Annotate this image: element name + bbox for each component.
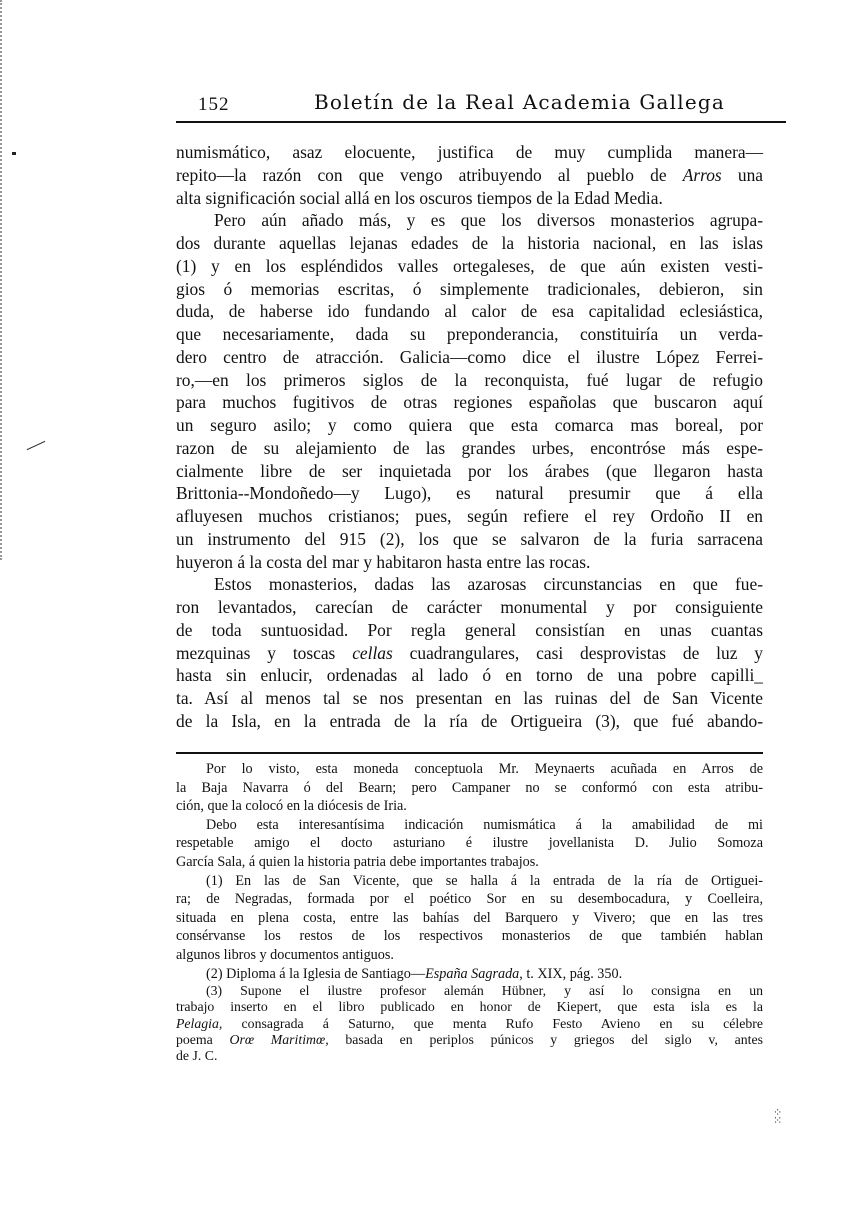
- body-line: gios ó memorias escritas, ó simplemente …: [176, 278, 763, 301]
- body-line: (1) y en los espléndidos valles ortegale…: [176, 255, 763, 278]
- footnote-line: Pelagia, consagrada á Saturno, que menta…: [176, 1016, 763, 1032]
- footnote-line: (3) Supone el ilustre profesor alemán Hü…: [176, 983, 763, 999]
- body-text: cuadrangulares, casi desprovistas de luz…: [393, 643, 763, 663]
- scan-speck: [12, 152, 16, 155]
- body-line: dero centro de atracción. Galicia—como d…: [176, 346, 763, 369]
- scan-stroke: [27, 441, 46, 450]
- footnotes-block: Por lo visto, esta moneda conceptuola Mr…: [176, 760, 763, 1064]
- body-line: ta. Así al menos tal se nos presentan en…: [176, 687, 763, 710]
- main-text-block: numismático, asaz elocuente, justifica d…: [176, 141, 763, 733]
- body-line: ro,—en los primeros siglos de la reconqu…: [176, 369, 763, 392]
- body-line: hasta sin enlucir, ordenadas al lado ó e…: [176, 664, 763, 687]
- body-italic-text: cellas: [352, 643, 393, 663]
- body-text: repito—la razón con que vengo atribuyend…: [176, 165, 683, 185]
- body-line: cialmente libre de ser inquietada por lo…: [176, 460, 763, 483]
- body-line: ron levantados, carecían de carácter mon…: [176, 596, 763, 619]
- footnote-line: la Baja Navarra ó del Bearn; pero Campan…: [176, 779, 763, 798]
- header-rule: [176, 121, 786, 123]
- footnote-line: ra; de Negradas, formada por el poético …: [176, 890, 763, 909]
- footnote-separator: [176, 752, 763, 754]
- footnote-line: (1) En las de San Vicente, que se halla …: [176, 872, 763, 891]
- body-line: Brittonia--Mondoñedo—y Lugo), es natural…: [176, 482, 763, 505]
- body-line: repito—la razón con que vengo atribuyend…: [176, 164, 763, 187]
- body-line: un instrumento del 915 (2), los que se s…: [176, 528, 763, 551]
- footnote-line: respetable amigo el docto asturiano é il…: [176, 834, 763, 853]
- body-text: una: [722, 165, 763, 185]
- body-line: alta significación social allá en los os…: [176, 187, 763, 210]
- body-line: que necesariamente, dada su preponderanc…: [176, 323, 763, 346]
- library-stamp-mark: ⁘⁙: [773, 1109, 787, 1125]
- footnote-line: Debo esta interesantísima indicación num…: [176, 816, 763, 835]
- footnote-text: (2) Diploma á la Iglesia de Santiago—: [206, 966, 425, 982]
- footnote-line: ción, que la colocó en la diócesis de Ir…: [176, 797, 763, 816]
- body-line: mezquinas y toscas cellas cuadrangulares…: [176, 642, 763, 665]
- footnote-text: basada en periplos púnicos y griegos del…: [329, 1032, 763, 1047]
- page-number: 152: [198, 94, 230, 116]
- body-line: de la Isla, en la entrada de la ría de O…: [176, 710, 763, 733]
- body-line: numismático, asaz elocuente, justifica d…: [176, 141, 763, 164]
- footnote-line: trabajo inserto en el libro publicado en…: [176, 999, 763, 1015]
- body-line: dos durante aquellas lejanas edades de l…: [176, 232, 763, 255]
- body-italic-text: Arros: [683, 165, 722, 185]
- footnote-line: situada en plena costa, entre las bahías…: [176, 909, 763, 928]
- body-line: un seguro asilo; y como quiera que esta …: [176, 414, 763, 437]
- body-line: duda, de haberse ido fundando al calor d…: [176, 300, 763, 323]
- scan-edge-artifact: [0, 0, 6, 560]
- footnote-line: consérvanse los restos de los respectivo…: [176, 927, 763, 946]
- running-title: Boletín de la Real Academia Gallega: [314, 90, 725, 114]
- footnote-line: de J. C.: [176, 1048, 763, 1064]
- footnote-text: , t. XIX, pág. 350.: [519, 966, 622, 982]
- body-line: afluyesen muchos cristianos; pues, según…: [176, 505, 763, 528]
- footnote-line: García Sala, á quien la historia patria …: [176, 853, 763, 872]
- footnote-text: poema: [176, 1032, 230, 1047]
- footnote-italic-text: Orœ Maritimœ,: [230, 1032, 329, 1047]
- footnote-italic-text: Pelagia,: [176, 1016, 222, 1031]
- body-line: para muchos fugitivos de otras regiones …: [176, 391, 763, 414]
- footnote-line: (2) Diploma á la Iglesia de Santiago—Esp…: [176, 965, 763, 984]
- body-line: huyeron á la costa del mar y habitaron h…: [176, 551, 763, 574]
- footnote-line: algunos libros y documentos antiguos.: [176, 946, 763, 965]
- footnote-line: poema Orœ Maritimœ, basada en periplos p…: [176, 1032, 763, 1048]
- footnote-italic-text: España Sagrada: [425, 966, 519, 982]
- body-text: mezquinas y toscas: [176, 643, 352, 663]
- body-line: Pero aún añado más, y es que los diverso…: [176, 209, 763, 232]
- body-line: Estos monasterios, dadas las azarosas ci…: [176, 573, 763, 596]
- body-line: razon de su alejamiento de las grandes u…: [176, 437, 763, 460]
- body-line: de toda suntuosidad. Por regla general c…: [176, 619, 763, 642]
- page-header: 152 Boletín de la Real Academia Gallega: [176, 90, 786, 122]
- footnote-text: consagrada á Saturno, que menta Rufo Fes…: [222, 1016, 763, 1031]
- footnote-line: Por lo visto, esta moneda conceptuola Mr…: [176, 760, 763, 779]
